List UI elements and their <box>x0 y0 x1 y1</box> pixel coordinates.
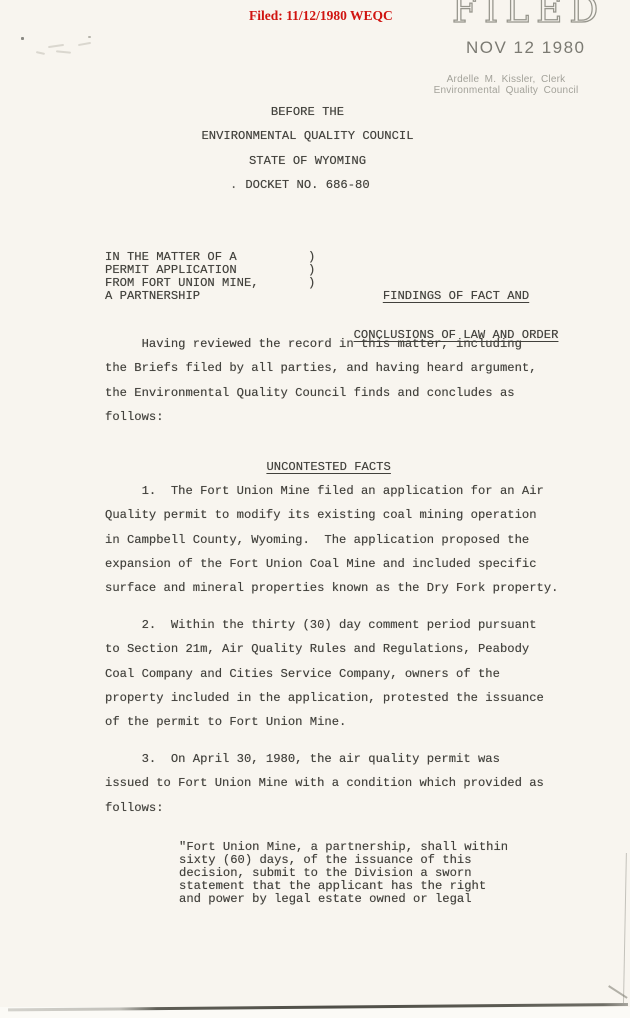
pencil-speck <box>88 36 91 38</box>
finding-paragraph-1: 1. The Fort Union Mine filed an applicat… <box>105 479 558 600</box>
scanned-document-page: Filed: 11/12/1980 WEQC FILED NOV 12 1980… <box>0 0 630 1018</box>
docket-number: DOCKET NO. 686-80 <box>0 179 615 192</box>
permit-condition-quote: "Fort Union Mine, a partnership, shall w… <box>179 841 508 906</box>
caption-parties: IN THE MATTER OF A PERMIT APPLICATION FR… <box>105 251 259 303</box>
court-heading-line1: BEFORE THE <box>0 106 615 119</box>
finding-paragraph-2: 2. Within the thirty (30) day comment pe… <box>105 613 544 734</box>
filed-stamp-date: NOV 12 1980 <box>466 39 586 57</box>
scan-page-corner-crease <box>608 985 627 998</box>
pencil-scribble <box>48 44 64 48</box>
court-heading-line3: STATE OF WYOMING <box>0 155 615 168</box>
clerk-attestation: Ardelle M. Kissler, Clerk Environmental … <box>431 75 581 96</box>
filed-date-annotation: Filed: 11/12/1980 WEQC <box>249 8 393 24</box>
section-heading-text: UNCONTESTED FACTS <box>266 460 390 474</box>
clerk-name: Ardelle M. Kissler, Clerk <box>431 75 581 86</box>
document-title-line1: FINDINGS OF FACT AND <box>346 290 566 303</box>
finding-paragraph-3: 3. On April 30, 1980, the air quality pe… <box>105 747 544 820</box>
clerk-organization: Environmental Quality Council <box>431 86 581 97</box>
scan-page-right-edge <box>623 853 627 1003</box>
court-heading-line2: ENVIRONMENTAL QUALITY COUNCIL <box>0 130 615 143</box>
intro-paragraph: Having reviewed the record in this matte… <box>105 332 537 429</box>
pencil-speck <box>21 37 24 40</box>
pencil-scribble <box>56 50 71 53</box>
filed-stamp: FILED <box>452 0 602 29</box>
pencil-scribble <box>78 42 91 46</box>
caption-parentheses: ) ) ) <box>308 251 315 290</box>
pencil-scribble <box>36 51 45 54</box>
